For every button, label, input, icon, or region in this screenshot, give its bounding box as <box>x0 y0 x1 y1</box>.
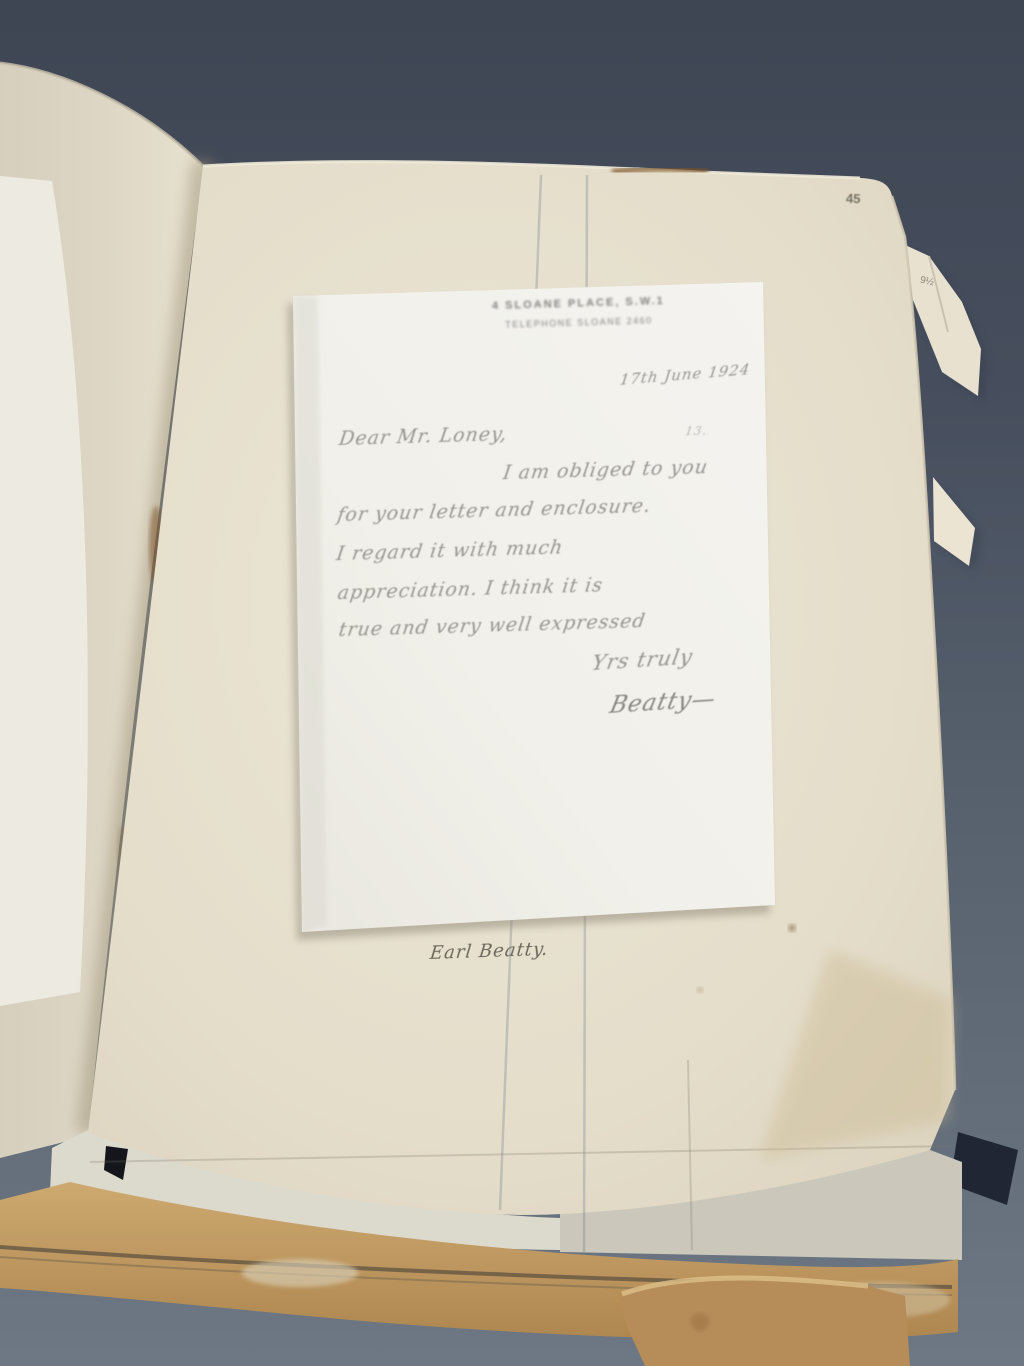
letter-body-line-4: appreciation. I think it is <box>336 574 604 604</box>
letter-pencil-mark: 13. <box>684 424 708 439</box>
letterhead-line1: 4 Sloane Place, S.W.1 <box>403 292 753 314</box>
age-spot-2 <box>697 987 703 993</box>
letter-signature: Beatty— <box>607 686 718 719</box>
letter-salutation: Dear Mr. Loney, <box>338 423 509 450</box>
page-number: 45 <box>846 191 861 207</box>
brown-streak-top-edge <box>612 169 708 173</box>
letter-date: 17th June 1924 <box>575 360 752 393</box>
age-spot <box>788 924 796 932</box>
kraft-stain <box>691 1313 709 1331</box>
kraft-torn-sheet <box>621 1278 910 1366</box>
letter-body-line-1: I am obliged to you <box>502 456 710 484</box>
tan-light-patch <box>242 1259 358 1287</box>
photo-of-open-scrapbook: 4 Sloane Place, S.W.1 Telephone Sloane 2… <box>0 0 1024 1366</box>
flap-mid-right <box>933 477 975 566</box>
letter-closing: Yrs truly <box>590 644 695 675</box>
letter-body-line-5: true and very well expressed <box>337 610 647 641</box>
letter-body-line-2: for your letter and enclosure. <box>336 494 653 525</box>
letterhead-line2: Telephone Sloane 2460 <box>404 312 754 332</box>
letter-body-line-3: I regard it with much <box>335 536 565 565</box>
letter: 4 Sloane Place, S.W.1 Telephone Sloane 2… <box>293 282 784 932</box>
album-caption: Earl Beatty. <box>429 939 550 964</box>
